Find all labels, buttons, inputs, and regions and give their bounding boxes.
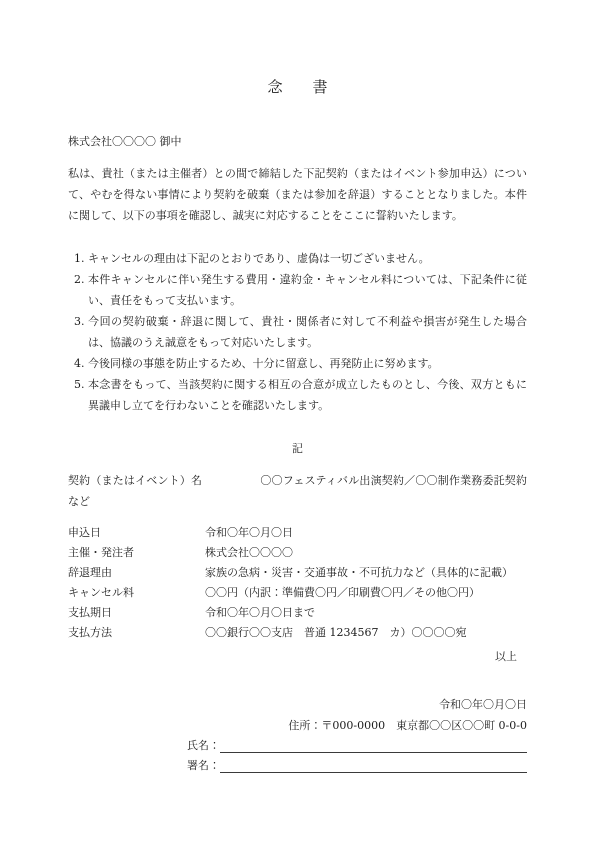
detail-value: 〇〇銀行〇〇支店 普通 1234567 カ）〇〇〇〇宛 [205, 623, 527, 643]
signature-block: 氏名： 署名： [187, 736, 527, 776]
closing-mark: 以上 [68, 646, 527, 667]
detail-row-cancellation-fee: キャンセル料 〇〇円（内訳：準備費〇円／印刷費〇円／その他〇円） [68, 583, 527, 603]
clause-item-1: キャンセルの理由は下記のとおりであり、虚偽は一切ございません。 [88, 248, 527, 269]
clause-item-2: 本件キャンセルに伴い発生する費用・違約金・キャンセル料については、下記条件に従い… [88, 269, 527, 311]
name-row: 氏名： [187, 736, 527, 756]
intro-paragraph: 私は、貴社（または主催者）との間で締結した下記契約（またはイベント参加申込）につ… [68, 163, 527, 226]
contract-name-label: 契約（またはイベント）名 [68, 474, 202, 487]
clause-list: キャンセルの理由は下記のとおりであり、虚偽は一切ございません。 本件キャンセルに… [68, 248, 527, 416]
document-title: 念 書 [68, 76, 527, 98]
clause-item-5: 本念書をもって、当該契約に関する相互の合意が成立したものとし、今後、双方ともに異… [88, 374, 527, 416]
detail-row-payment-method: 支払方法 〇〇銀行〇〇支店 普通 1234567 カ）〇〇〇〇宛 [68, 623, 527, 643]
detail-row-application-date: 申込日 令和〇年〇月〇日 [68, 523, 527, 543]
name-blank-line [220, 736, 527, 756]
contract-name-row: 契約（またはイベント）名〇〇フェスティバル出演契約／〇〇制作業務委託契約 など [68, 470, 527, 512]
signature-blank-line [220, 756, 527, 776]
document-page: 念 書 株式会社〇〇〇〇 御中 私は、貴社（または主催者）との間で締結した下記契… [0, 0, 595, 842]
detail-value: 令和〇年〇月〇日 [205, 523, 527, 543]
recipient-line: 株式会社〇〇〇〇 御中 [68, 131, 527, 152]
detail-value: 家族の急病・災害・交通事故・不可抗力など（具体的に記載） [205, 563, 527, 583]
detail-value: 令和〇年〇月〇日まで [205, 603, 527, 623]
detail-row-withdrawal-reason: 辞退理由 家族の急病・災害・交通事故・不可抗力など（具体的に記載） [68, 563, 527, 583]
clause-item-3: 今回の契約破棄・辞退に関して、貴社・関係者に対して不利益や損害が発生した場合は、… [88, 311, 527, 353]
detail-label: 支払期日 [68, 603, 205, 623]
detail-row-organizer: 主催・発注者 株式会社〇〇〇〇 [68, 543, 527, 563]
detail-label: 申込日 [68, 523, 205, 543]
detail-value: 〇〇円（内訳：準備費〇円／印刷費〇円／その他〇円） [205, 583, 527, 603]
signature-row: 署名： [187, 756, 527, 776]
detail-label: キャンセル料 [68, 583, 205, 603]
ki-marker: 記 [68, 438, 527, 459]
detail-label: 主催・発注者 [68, 543, 205, 563]
details-table: 申込日 令和〇年〇月〇日 主催・発注者 株式会社〇〇〇〇 辞退理由 家族の急病・… [68, 523, 527, 643]
address-line: 住所：〒000-0000 東京都〇〇区〇〇町 0-0-0 [68, 715, 527, 736]
date-line: 令和〇年〇月〇日 [68, 694, 527, 715]
name-label: 氏名： [187, 736, 220, 756]
detail-label: 辞退理由 [68, 563, 205, 583]
signature-label: 署名： [187, 756, 220, 776]
detail-label: 支払方法 [68, 623, 205, 643]
clause-item-4: 今後同様の事態を防止するため、十分に留意し、再発防止に努めます。 [88, 353, 527, 374]
detail-value: 株式会社〇〇〇〇 [205, 543, 527, 563]
detail-row-payment-due-date: 支払期日 令和〇年〇月〇日まで [68, 603, 527, 623]
